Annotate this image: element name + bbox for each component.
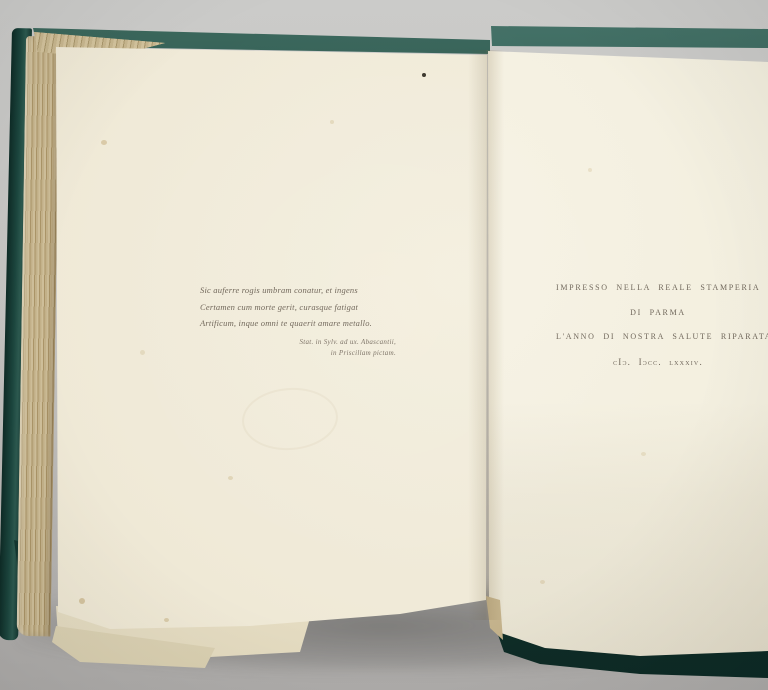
foxing-spot [228, 476, 233, 480]
imprint-year-roman-numerals: cIɔ. Iɔcc. lxxxiv. [556, 350, 760, 375]
attribution-line: in Priscillam pictam. [200, 348, 396, 359]
foxing-spot [330, 120, 334, 124]
epigraph-line: Sic auferre rogis umbram conatur, et ing… [200, 282, 396, 299]
foxing-spot [588, 168, 592, 172]
foxing-spot [79, 598, 85, 604]
printers-imprint: IMPRESSO NELLA REALE STAMPERIA DI PARMA … [556, 276, 760, 374]
foxing-spot [164, 618, 169, 622]
foxing-spot [641, 452, 646, 456]
foxing-spot [101, 140, 107, 145]
imprint-line: DI PARMA [556, 301, 760, 326]
imprint-line: IMPRESSO NELLA REALE STAMPERIA [556, 276, 760, 301]
foxing-spot [140, 350, 145, 355]
epigraph-line: Artificum, inque omni te quaerit amare m… [200, 315, 396, 332]
book-gutter [468, 50, 504, 620]
imprint-line: L'ANNO DI NOSTRA SALUTE RIPARATA [556, 325, 760, 350]
foxing-spot [540, 580, 545, 584]
ink-speck [422, 73, 426, 77]
latin-epigraph: Sic auferre rogis umbram conatur, et ing… [200, 282, 396, 359]
attribution-line: Stat. in Sylv. ad ux. Abascantii, [200, 337, 396, 348]
epigraph-attribution: Stat. in Sylv. ad ux. Abascantii, in Pri… [200, 337, 396, 359]
epigraph-line: Certamen cum morte gerit, curasque fatig… [200, 299, 396, 316]
